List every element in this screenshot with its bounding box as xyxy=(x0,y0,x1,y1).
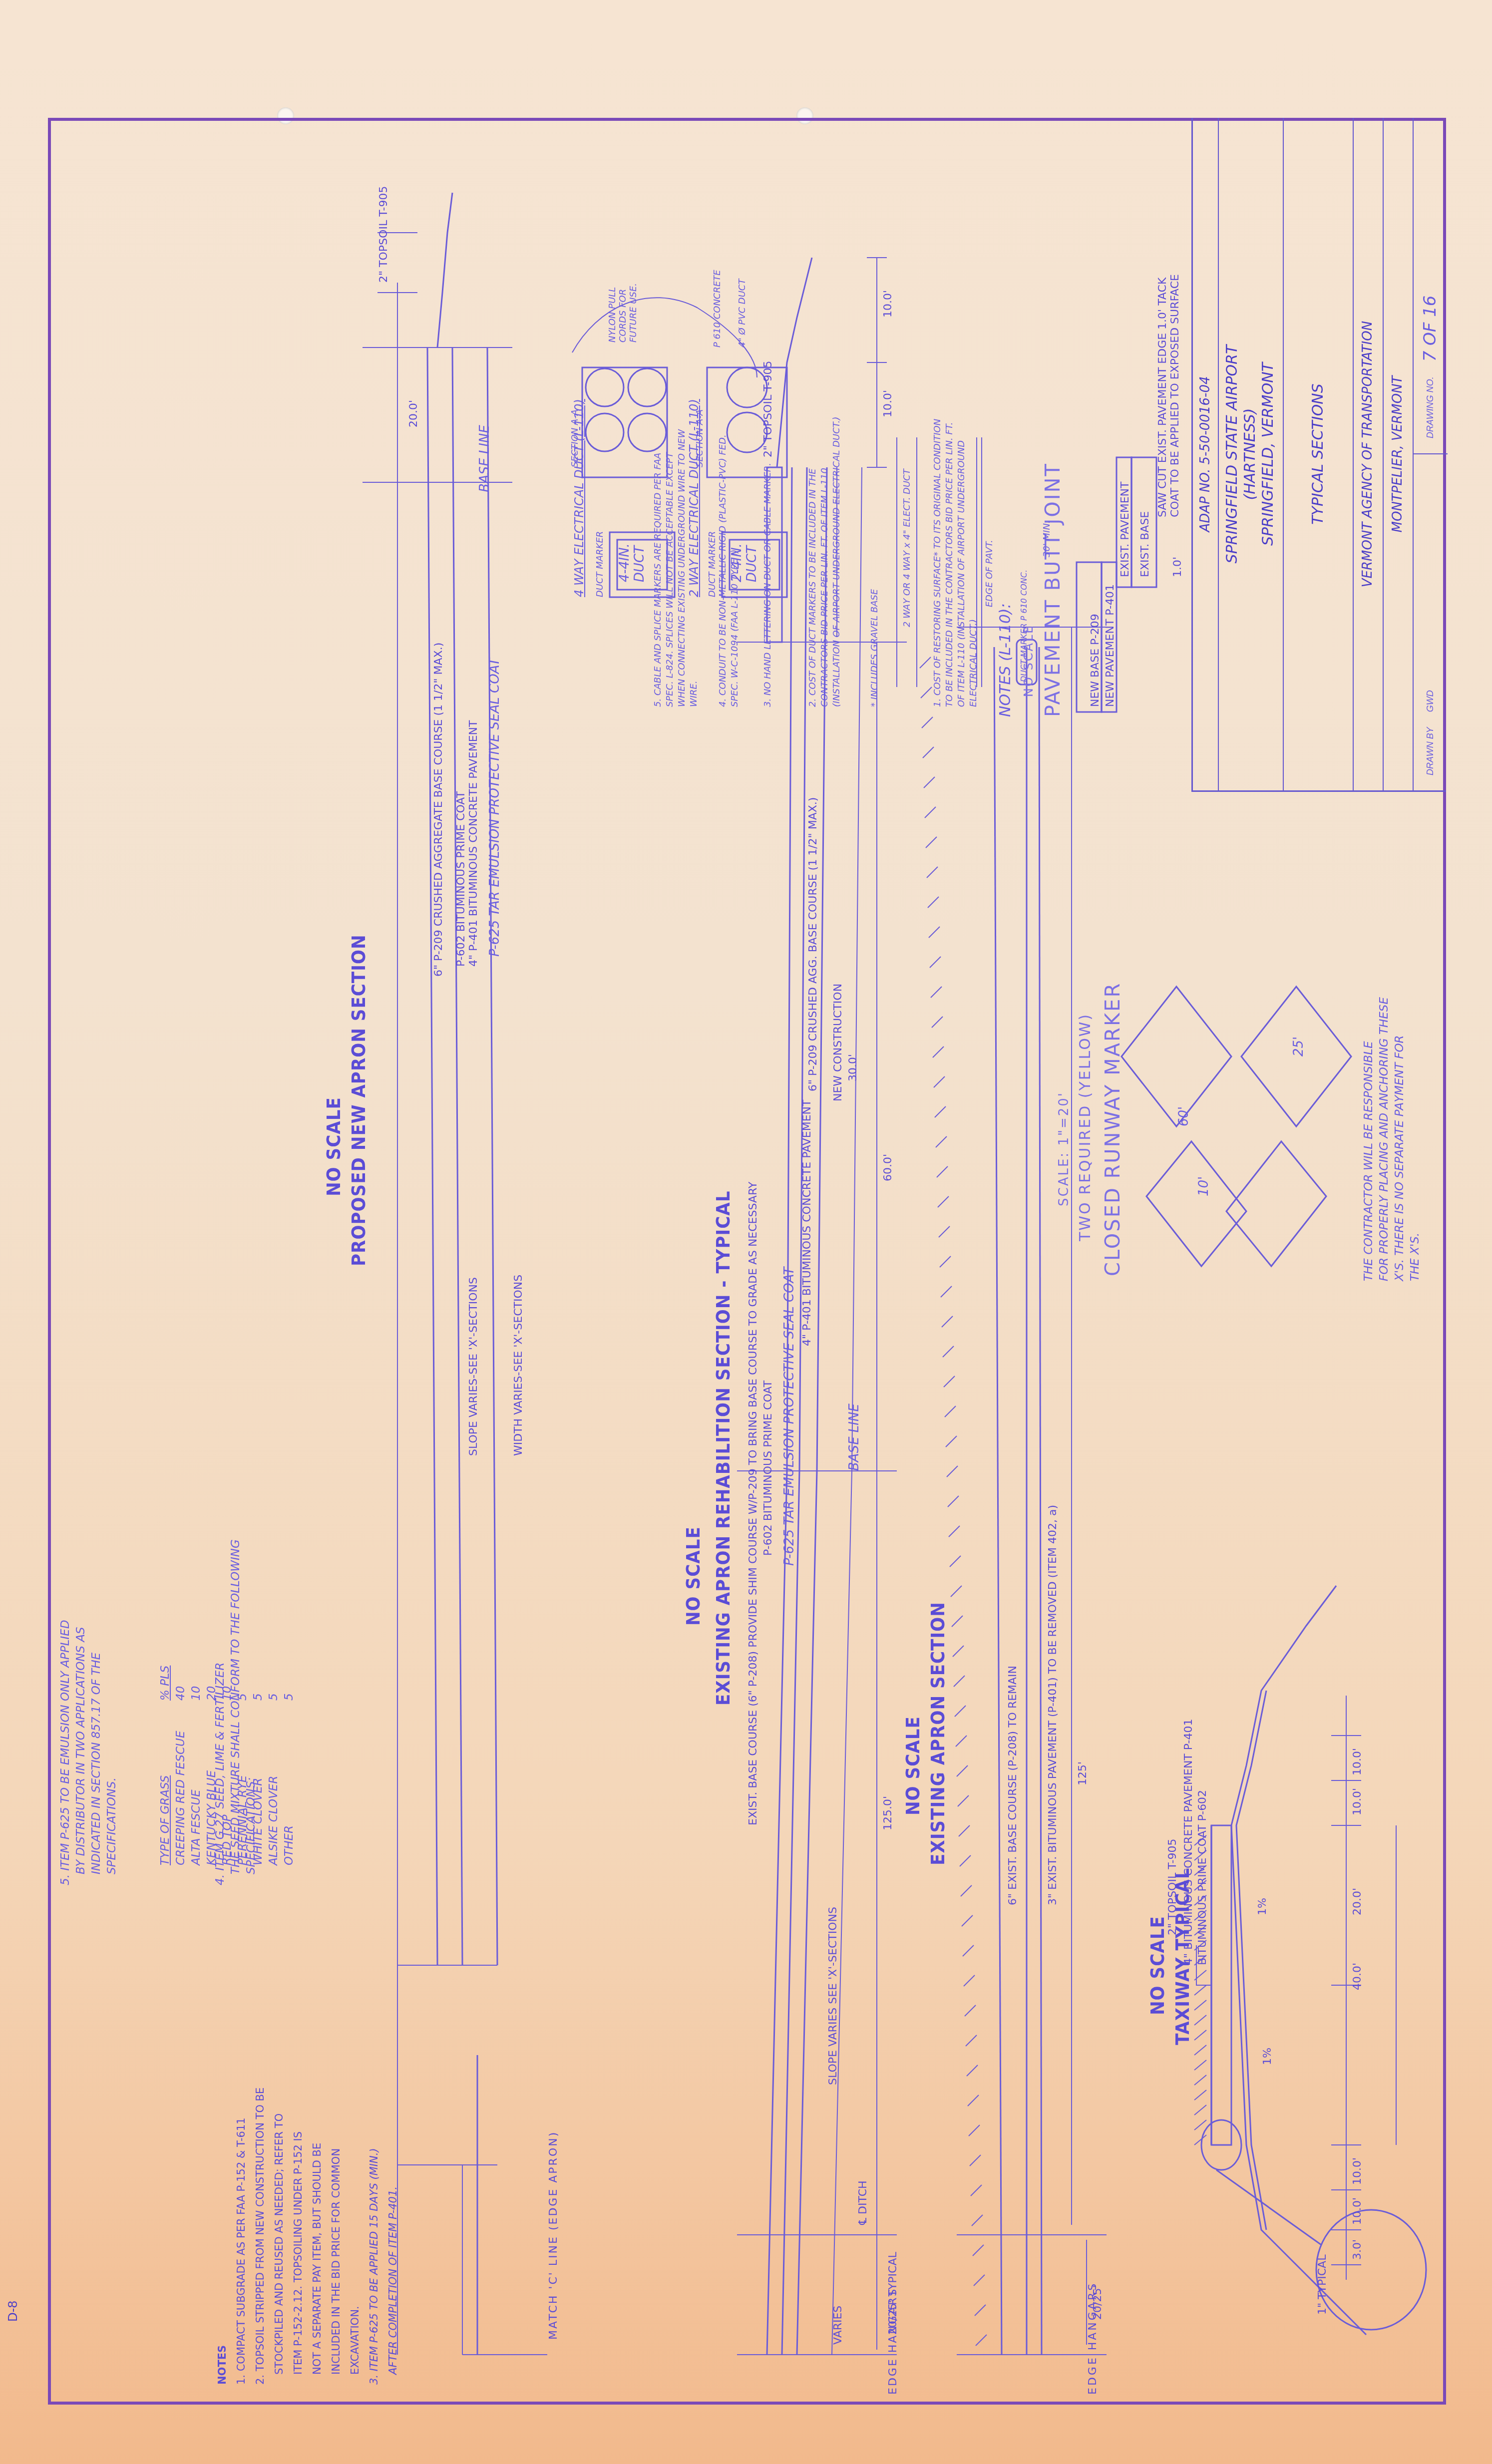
butt-joint-new-pavement: NEW PAVEMENT P-401 xyxy=(1104,584,1117,707)
rehab-label-new-construction: NEW CONSTRUCTION xyxy=(832,984,844,1101)
electrical-note-2: 2. COST OF DUCT MARKERS TO BE INCLUDED I… xyxy=(807,407,843,707)
taxiway-dim-40: 40.0' xyxy=(1351,1963,1364,1990)
taxiway-callout-pavement: 4" BITUMINOUS CONCRETE PAVEMENT P-401 xyxy=(1182,1719,1195,1966)
rehab-label-ditch: ℄ DITCH xyxy=(857,2180,869,2225)
pvc-duct-callout: 4" Ø PVC DUCT xyxy=(737,279,747,348)
taxiway-slope-1b: 1% xyxy=(1256,1898,1269,1915)
proposed-scale: NO SCALE xyxy=(323,1097,345,1196)
taxiway-dim-10a: 10.0' xyxy=(1351,2157,1364,2185)
drawing-sheet: TAXIWAY TYPICAL NO SCALE 2" TOPSOIL T-90… xyxy=(48,118,1446,2405)
runway-marker-subtitle: TWO REQUIRED (YELLOW) xyxy=(1077,1013,1094,1241)
proposed-callout-topsoil: 2" TOPSOIL T-905 xyxy=(377,186,390,283)
butt-joint-exist-pavement: EXIST. PAVEMENT xyxy=(1119,482,1131,577)
electrical-note-gravel: * INCLUDES GRAVEL BASE xyxy=(867,589,882,707)
runway-marker-dim-10: 10' xyxy=(1196,1176,1211,1196)
rehab-dim-60: 60.0' xyxy=(882,1154,894,1181)
taxiway-dim-10c: 10.0' xyxy=(1351,1788,1364,1815)
note-2: 2. TOPSOIL STRIPPED FROM NEW CONSTRUCTIO… xyxy=(251,1885,365,2385)
butt-joint-dim: 1.0' xyxy=(1171,557,1184,577)
four-way-section-caption: SECTION A-A xyxy=(570,409,580,467)
note-5: 5. ITEM P-625 TO BE EMULSION ONLY APPLIE… xyxy=(58,1620,120,1885)
taxiway-dim-10b: 10.0' xyxy=(1351,2197,1364,2225)
rehab-dim-width: 125.0' xyxy=(882,1796,894,1830)
butt-joint-new-base: NEW BASE P-209 xyxy=(1089,614,1102,707)
rehab-scale: NO SCALE xyxy=(682,1526,704,1626)
two-way-section-caption: SECTION A-A xyxy=(695,409,705,467)
electrical-notes-heading: NOTES (L-110): xyxy=(997,603,1014,717)
seed-row: ALSIKE CLOVER5 xyxy=(266,1666,282,1865)
title-block-drawn-by: DRAWN BY GWD xyxy=(1413,453,1448,790)
two-way-marker-text-1: DUCT xyxy=(745,546,759,582)
proposed-dim-20: 20.0' xyxy=(407,400,420,427)
title-block-city: MONTPELIER, VERMONT xyxy=(1383,118,1414,790)
duct-plan-dim-30: 30' MIN. xyxy=(1042,520,1052,557)
rehab-callout-shim: EXIST. BASE COURSE (6" P-208) PROVIDE SH… xyxy=(747,1182,759,1825)
rehab-dim-10b: 10.0' xyxy=(882,290,894,318)
runway-marker-dim-25: 25' xyxy=(1291,1037,1306,1056)
proposed-label-slope: SLOPE VARIES-SEE 'X'-SECTIONS xyxy=(467,1277,480,1456)
nylon-cords-callout: NYLON PULL CORDS FOR FUTURE USE. xyxy=(607,253,639,343)
four-way-marker-text-2: 4-4IN. xyxy=(617,543,632,582)
four-way-marker-text-1: DUCT xyxy=(632,546,647,582)
runway-marker-title: CLOSED RUNWAY MARKER xyxy=(1102,982,1124,1276)
duct-plan-label: 2 WAY OR 4 WAY x 4" ELECT. DUCT xyxy=(902,469,912,627)
electrical-note-3: 3. NO HAND LETTERING ON DUCT OR CABLE MA… xyxy=(762,427,774,707)
general-notes: NOTES 1. COMPACT SUBGRADE AS PER FAA P-1… xyxy=(213,1885,402,2385)
taxiway-callout-prime: BITUMINOUS PRIME COAT P-602 xyxy=(1196,1790,1209,1965)
rehab-label-slope: SLOPE VARIES SEE 'X'-SECTIONS xyxy=(827,1907,839,2085)
rehab-label-baseline: BASE LINE xyxy=(847,1404,862,1471)
rehab-callout-base: 6" P-209 CRUSHED AGG. BASE COURSE (1 1/2… xyxy=(807,797,819,1091)
four-way-marker-caption: DUCT MARKER xyxy=(595,531,605,597)
proposed-callout-base: 6" P-209 CRUSHED AGGREGATE BASE COURSE (… xyxy=(432,643,445,977)
seed-table: TYPE OF GRASS % PLS CREEPING RED FESCUE4… xyxy=(158,1666,297,1865)
butt-joint-exist-base: EXIST. BASE xyxy=(1139,511,1151,577)
existing-apron-title: EXISTING APRON SECTION xyxy=(927,1602,949,1865)
title-block-agency: VERMONT AGENCY OF TRANSPORTATION xyxy=(1353,118,1384,790)
proposed-callout-prime: P-602 BITUMINOUS PRIME COAT xyxy=(455,791,467,967)
taxiway-dim-3: 3.0' xyxy=(1351,2239,1364,2260)
existing-apron-scale: NO SCALE xyxy=(902,1716,924,1815)
butt-joint-callout: SAW CUT EXIST. PAVEMENT EDGE 1.0' TACK C… xyxy=(1156,258,1181,517)
title-block-drawing-no: DRAWING NO. 7 OF 16 xyxy=(1413,116,1448,453)
existing-apron-dim-edge: 20/25' xyxy=(1092,2285,1104,2320)
seed-row: CREEPING RED FESCUE40 xyxy=(173,1666,189,1865)
proposed-title: PROPOSED NEW APRON SECTION xyxy=(348,934,370,1266)
seed-row: PERENNIAL RYE5 xyxy=(235,1666,251,1865)
rehab-callout-prime: P-602 BITUMINOUS PRIME COAT xyxy=(762,1381,774,1556)
taxiway-detail-typical: 1" TYPICAL xyxy=(1316,2255,1329,2315)
butt-joint-title: PAVEMENT BUTT JOINT xyxy=(1042,462,1065,717)
electrical-note-1: 1. COST OF RESTORING SURFACE* TO ITS ORI… xyxy=(932,407,980,707)
existing-apron-callout-base: 6" EXIST. BASE COURSE (P-208) TO REMAIN xyxy=(1007,1666,1019,1905)
existing-apron-dim-width: 125' xyxy=(1077,1761,1089,1785)
duct-marker-plan-label: DUCT MARKER P 610 CONC. xyxy=(1019,570,1029,682)
concrete-callout: P 610 CONCRETE xyxy=(712,270,723,348)
title-block-airport: SPRINGFIELD STATE AIRPORT (HARTNESS) SPR… xyxy=(1218,118,1284,790)
seed-table-header: TYPE OF GRASS % PLS xyxy=(158,1666,173,1865)
duct-plan-edge-label: EDGE OF PAVT. xyxy=(984,540,995,607)
two-way-marker-text-2: 2-4IN. xyxy=(730,543,745,582)
note-3: 3. ITEM P-625 TO BE APPLIED 15 DAYS (MIN… xyxy=(365,1885,402,2385)
rehab-dim-30: 30.0' xyxy=(847,1054,859,1081)
seed-row: RED TOP10 xyxy=(220,1666,235,1865)
notes-heading: NOTES xyxy=(213,1885,232,2385)
title-block: ADAP NO. 5-50-0016-04 SPRINGFIELD STATE … xyxy=(1191,118,1446,792)
taxiway-slope-1a: 1% xyxy=(1261,2048,1274,2065)
taxiway-dim-10d: 10.0' xyxy=(1351,1748,1364,1775)
rehab-title: EXISTING APRON REHABILITION SECTION - TY… xyxy=(712,1190,734,1706)
runway-marker-note: THE CONTRACTOR WILL BE RESPONSIBLE FOR P… xyxy=(1361,997,1423,1281)
rehab-callout-seal: P-625 TAR EMULSION PROTECTIVE SEAL COAT xyxy=(782,1267,797,1566)
proposed-label-width: WIDTH VARIES-SEE 'X'-SECTIONS xyxy=(512,1275,525,1456)
proposed-edge-label: MATCH 'C' LINE (EDGE APRON) xyxy=(547,2131,560,2340)
seed-row: OTHER5 xyxy=(282,1666,297,1865)
title-block-project: ADAP NO. 5-50-0016-04 xyxy=(1193,118,1219,790)
rehab-label-varies: VARIES xyxy=(832,2306,844,2345)
seed-row: WHITE CLOVER5 xyxy=(251,1666,266,1865)
rehab-dim-edge: 20/25' TYPICAL xyxy=(887,2252,899,2335)
seed-row: ALTA FESCUE10 xyxy=(189,1666,204,1865)
title-block-drawing-title: TYPICAL SECTIONS xyxy=(1283,118,1354,790)
proposed-callout-seal: P-625 TAR EMULSION PROTECTIVE SEAL COAT xyxy=(487,658,502,957)
existing-apron-callout-pavement: 3" EXIST. BITUMINOUS PAVEMENT (P-401) TO… xyxy=(1047,1505,1059,1905)
taxiway-scale: NO SCALE xyxy=(1146,1916,1168,2015)
runway-marker-scale: SCALE: 1"=20' xyxy=(1057,1091,1072,1206)
runway-marker-dim-60: 60' xyxy=(1176,1106,1191,1126)
seed-row: KENTUCKY BLUE20 xyxy=(204,1666,220,1865)
taxiway-dim-20: 20.0' xyxy=(1351,1888,1364,1915)
taxiway-callout-topsoil: 2" TOPSOIL T-905 xyxy=(1166,1839,1179,1936)
rehab-callout-pavement: 4" P-401 BITUMINOUS CONCRETE PAVEMENT xyxy=(801,1100,813,1347)
proposed-callout-pavement: 4" P-401 BITUMINOUS CONCRETE PAVEMENT xyxy=(467,720,480,967)
rehab-dim-10a: 10.0' xyxy=(882,390,894,417)
proposed-label-baseline: BASE LINE xyxy=(477,425,492,492)
sheet-label: D-8 xyxy=(5,2301,20,2322)
two-way-marker-caption: DUCT MARKER xyxy=(707,531,718,597)
note-1: 1. COMPACT SUBGRADE AS PER FAA P-152 & T… xyxy=(232,1885,251,2385)
